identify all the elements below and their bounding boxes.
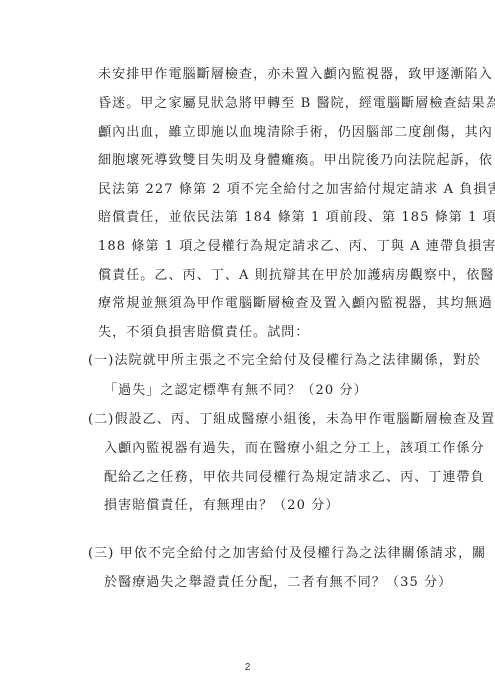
paragraph-line: 民法第 227 條第 2 項不完全給付之加害給付規定請求 A 負損害	[98, 182, 495, 198]
question-line: 於醫療過失之舉證責任分配，二者有無不同？（35 分）	[104, 575, 452, 591]
paragraph-line: 顱內出血，雖立即施以血塊清除手術，仍因腦部二度創傷，其內	[98, 125, 493, 141]
question-line: (二)假設乙、丙、丁組成醫療小組後，未為甲作電腦斷層檢查及置	[88, 412, 495, 428]
document-page: 未安排甲作電腦斷層檢查，亦未置入顱內監視器，致甲逐漸陷入 昏迷。甲之家屬見狀急將…	[0, 0, 495, 700]
question-line: 損害賠償責任，有無理由？（20 分）	[104, 498, 339, 514]
paragraph-line: 細胞壞死導致雙目失明及身體癱瘓。甲出院後乃向法院起訴，依	[98, 153, 493, 169]
question-line: (一)法院就甲所主張之不完全給付及侵權行為之法律關係，對於	[88, 353, 481, 369]
question-line: 入顱內監視器有過失，而在醫療小組之分工上，該項工作係分	[104, 441, 485, 457]
paragraph-line: 療常規並無須為甲作電腦斷層檢查及置入顱內監視器，其均無過	[98, 296, 493, 312]
page-number: 2	[0, 662, 495, 673]
paragraph-line: 未安排甲作電腦斷層檢查，亦未置入顱內監視器，致甲逐漸陷入	[98, 67, 493, 83]
question-line: 「過失」之認定標準有無不同？（20 分）	[104, 383, 368, 399]
paragraph-line: 失，不須負損害賠償責任。試問：	[98, 325, 310, 341]
paragraph-line: 償責任。乙、丙、丁、A 則抗辯其在甲於加護病房觀察中，依醫	[98, 268, 494, 284]
question-line: 配給乙之任務，甲依共同侵權行為規定請求乙、丙、丁連帶負	[104, 470, 485, 486]
paragraph-line: 昏迷。甲之家屬見狀急將甲轉至 B 醫院，經電腦斷層檢查結果為	[98, 96, 495, 112]
question-line: (三) 甲依不完全給付之加害給付及侵權行為之法律關係請求，關	[88, 546, 486, 562]
paragraph-line: 188 條第 1 項之侵權行為規定請求乙、丙、丁與 A 連帶負損害賠	[98, 239, 495, 255]
paragraph-line: 賠償責任，並依民法第 184 條第 1 項前段、第 185 條第 1 項、第	[98, 210, 495, 226]
